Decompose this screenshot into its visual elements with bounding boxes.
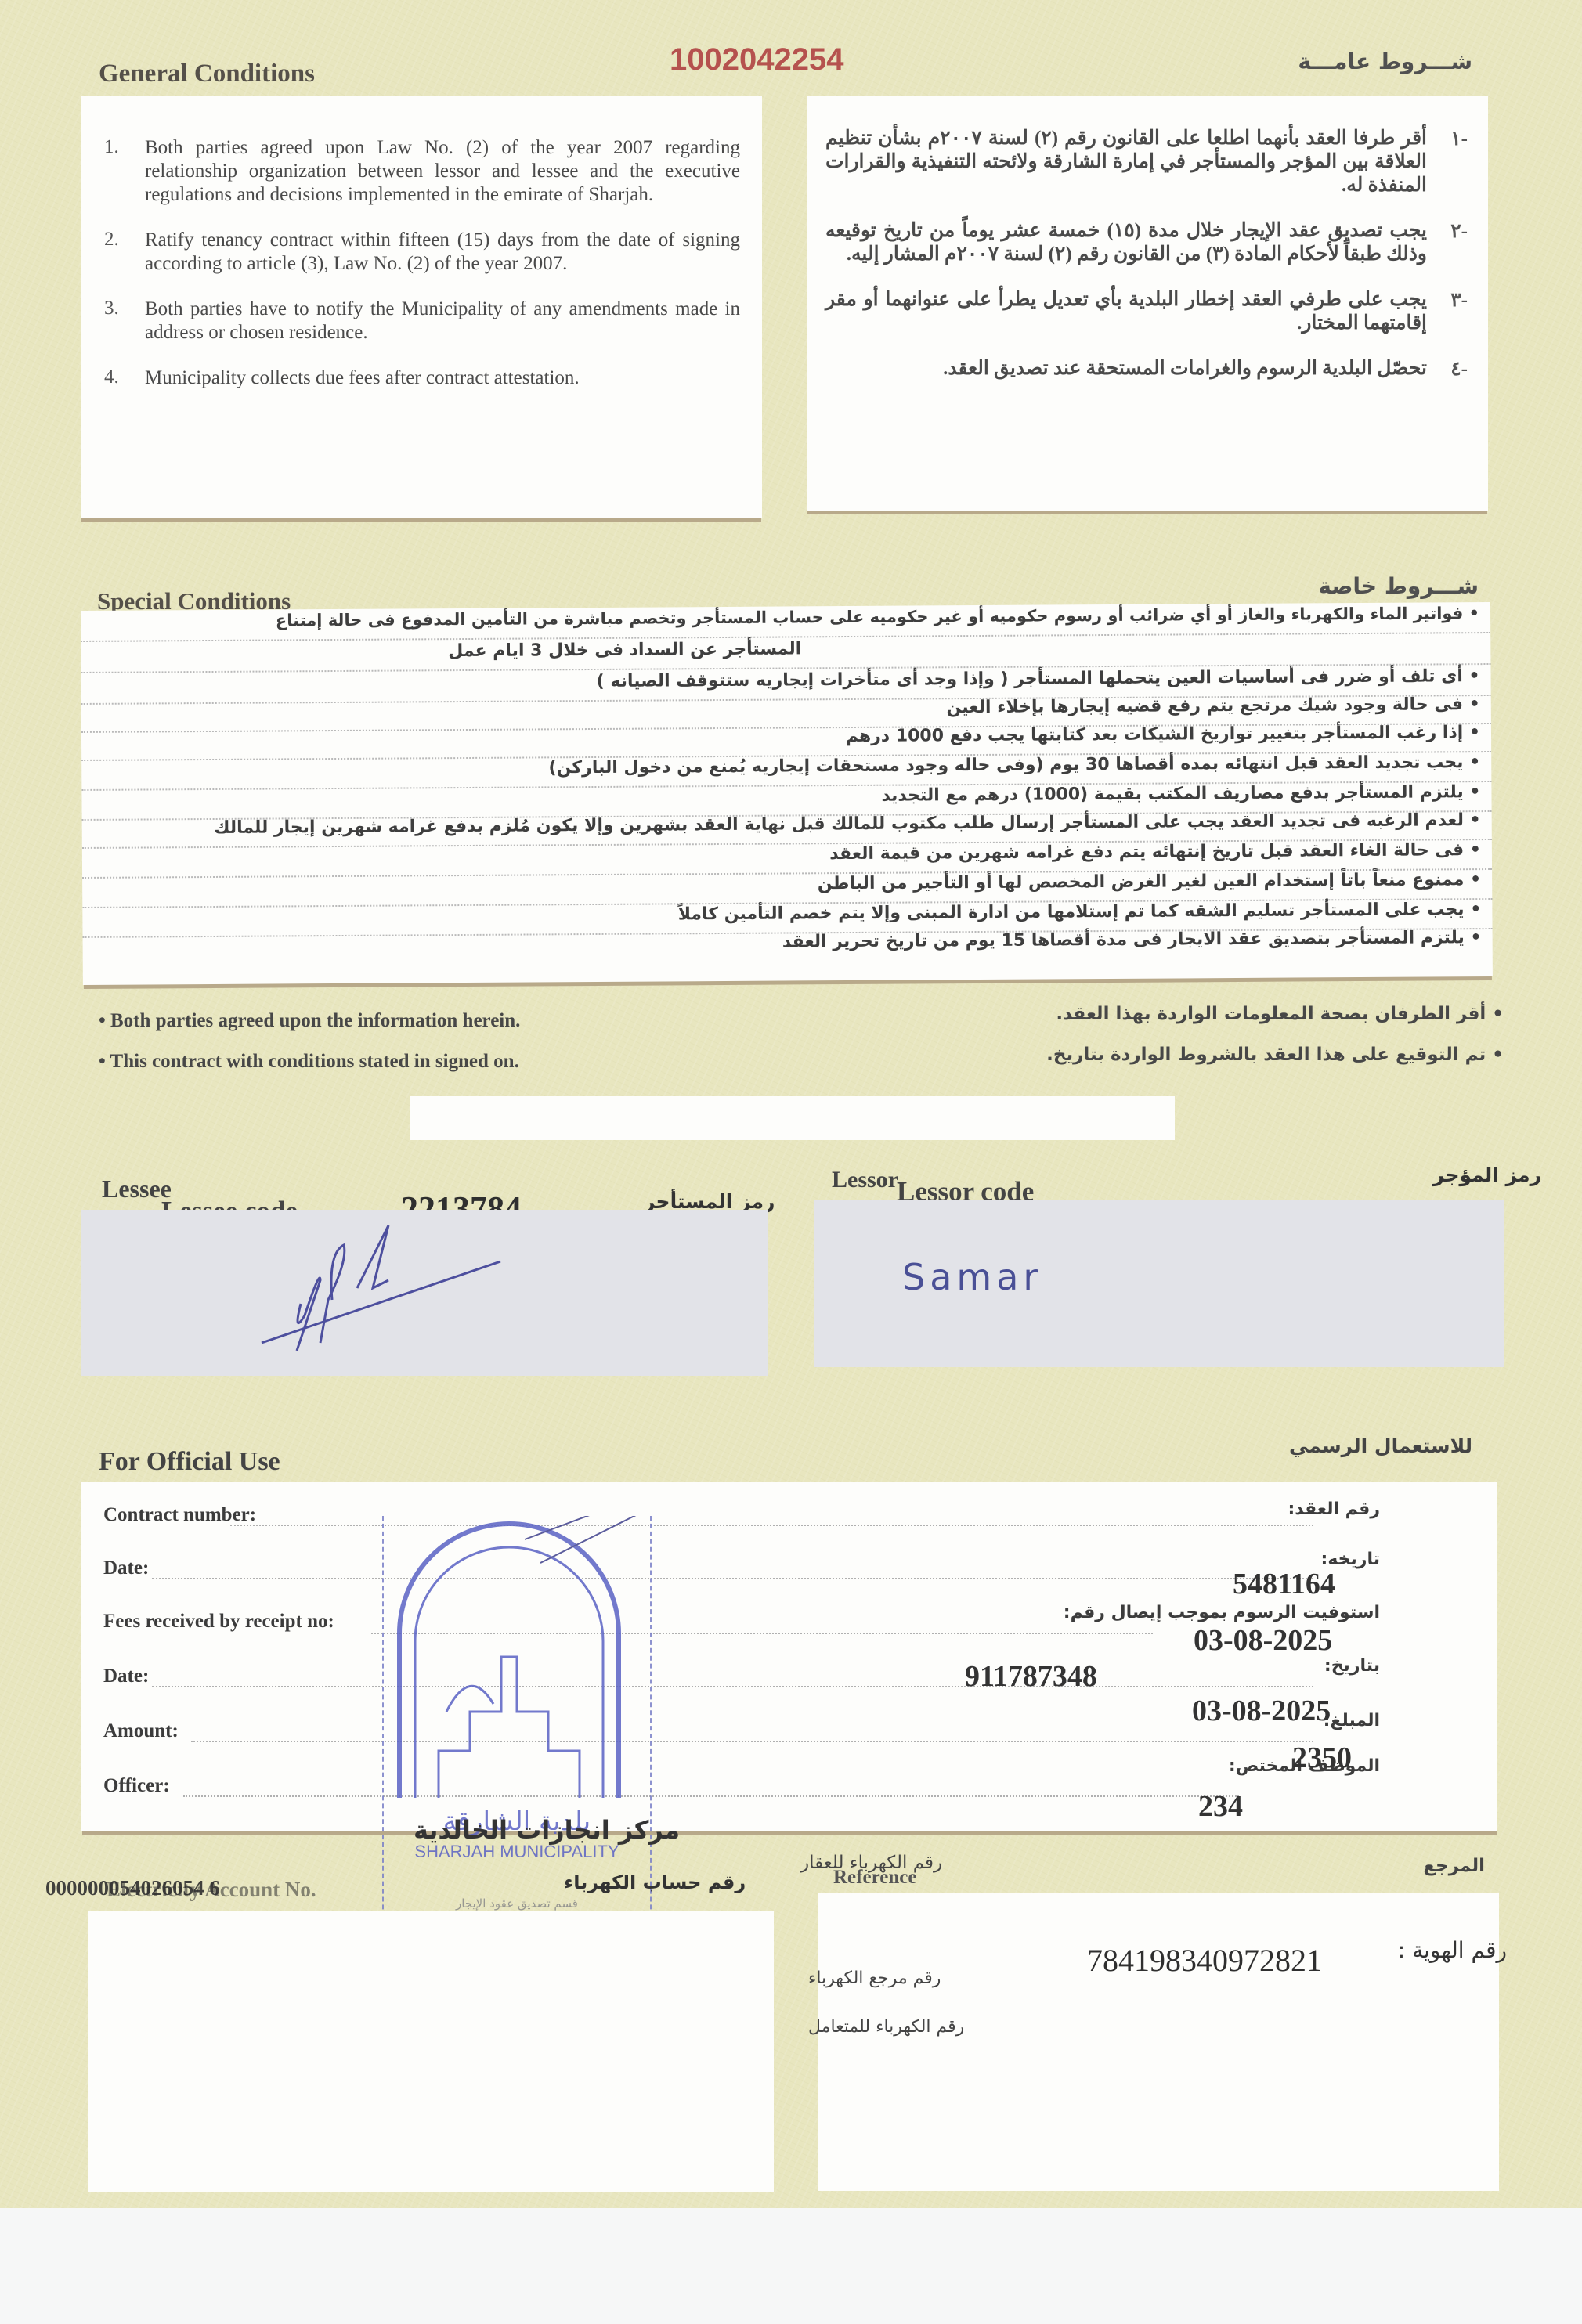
- item-text: Both parties have to notify the Municipa…: [145, 298, 740, 345]
- date-value: 5481164: [1233, 1567, 1335, 1601]
- electricity-account-label-ar: رقم حساب الكهرباء: [564, 1871, 746, 1893]
- item-text: يجب تصديق عقد الإيجار خلال مدة (١٥) خمسة…: [825, 219, 1427, 266]
- officer-label: Officer:: [103, 1775, 170, 1797]
- special-conditions-panel: • فواتير الماء والكهرباء والغاز أو أي ضر…: [81, 602, 1493, 985]
- signing-date-field[interactable]: [410, 1096, 1175, 1140]
- item-text: Both parties agreed upon Law No. (2) of …: [145, 136, 740, 207]
- receipt-date-label: Date:: [103, 1665, 149, 1687]
- receipt-date-value: 911787348: [965, 1659, 1097, 1694]
- lessor-code-label-ar: رمز المؤجر: [1433, 1164, 1541, 1186]
- general-condition-item-ar: ٢-يجب تصديق عقد الإيجار خلال مدة (١٥) خم…: [825, 219, 1468, 266]
- general-conditions-ar-list: ١-أقر طرفا العقد بأنهما اطلعا على القانو…: [807, 96, 1488, 381]
- official-use-panel: Contract number: رقم العقد: Date: تاريخه…: [81, 1482, 1497, 1831]
- officer-extra-value: 234: [1198, 1789, 1243, 1824]
- item-number: ٣-: [1427, 288, 1468, 335]
- general-condition-item: 3.Both parties have to notify the Munici…: [104, 298, 740, 345]
- agreement-line-ar: • تم التوقيع على هذا العقد بالشروط الوار…: [1046, 1045, 1504, 1065]
- contract-serial-number: 1002042254: [670, 42, 843, 78]
- special-conditions-title-ar: شـــروط خاصة: [1318, 573, 1479, 599]
- item-text: Municipality collects due fees after con…: [145, 366, 580, 390]
- general-condition-item-ar: ١-أقر طرفا العقد بأنهما اطلعا على القانو…: [825, 127, 1468, 197]
- item-number: 1.: [104, 136, 145, 207]
- general-conditions-ar-panel: ١-أقر طرفا العقد بأنهما اطلعا على القانو…: [807, 96, 1488, 511]
- lessor-handwritten-name: Samar: [902, 1256, 1042, 1298]
- general-condition-item: 2.Ratify tenancy contract within fifteen…: [104, 229, 740, 276]
- customer-electricity-label-ar: رقم الكهرباء للمتعامل: [808, 2017, 964, 2037]
- item-number: ١-: [1427, 127, 1468, 197]
- fees-receipt-label-ar: استوفيت الرسوم بموجب إيصال رقم:: [1064, 1603, 1380, 1622]
- amount-label: Amount:: [103, 1720, 179, 1742]
- electricity-account-label-en: Electricity Account No.: [107, 1878, 316, 1902]
- agreement-line-en: • Both parties agreed upon the informati…: [99, 1010, 520, 1032]
- general-conditions-title-en: General Conditions: [99, 60, 315, 88]
- lessee-signature-box[interactable]: [81, 1210, 768, 1376]
- amount-label-ar: المبلغ:: [1324, 1711, 1380, 1730]
- date-label: Date:: [103, 1557, 149, 1579]
- lessee-signature-icon: [81, 1210, 768, 1376]
- reference-label-en: Reference: [833, 1867, 916, 1889]
- item-text: أقر طرفا العقد بأنهما اطلعا على القانون …: [825, 127, 1427, 197]
- id-number-label-ar: رقم الهوية :: [1398, 1937, 1507, 1963]
- stamp-sub-ar: قسم تصديق عقود الإيجار: [384, 1896, 650, 1911]
- item-number: 4.: [104, 366, 145, 390]
- item-number: 3.: [104, 298, 145, 345]
- contract-number-label-ar: رقم العقد:: [1288, 1499, 1380, 1519]
- item-number: ٤-: [1427, 357, 1468, 381]
- lessor-signature-box[interactable]: Samar: [814, 1200, 1504, 1367]
- official-use-title-ar: للاستعمال الرسمي: [1289, 1434, 1472, 1457]
- fees-receipt-label: Fees received by receipt no:: [103, 1611, 334, 1633]
- officer-value: 2350: [1292, 1741, 1352, 1775]
- general-conditions-en-list: 1.Both parties agreed upon Law No. (2) o…: [81, 96, 762, 390]
- general-condition-item: 1.Both parties agreed upon Law No. (2) o…: [104, 136, 740, 207]
- reference-box[interactable]: رقم الهوية : 784198340972821 رقم مرجع ال…: [818, 1893, 1499, 2191]
- contract-number-label: Contract number:: [103, 1504, 256, 1526]
- stamp-center-ar: مركز انجازات الخالدية: [414, 1815, 680, 1845]
- paper-edge: [0, 2208, 1582, 2324]
- electricity-ref-label-ar: رقم مرجع الكهرباء: [808, 1969, 941, 1988]
- general-conditions-title-ar: شـــروط عامـــة: [1298, 49, 1472, 74]
- amount-value: 03-08-2025: [1192, 1694, 1331, 1728]
- item-text: تحصّل البلدية الرسوم والغرامات المستحقة …: [943, 357, 1427, 381]
- receipt-date-label-ar: بتاريخ:: [1324, 1656, 1380, 1676]
- agreement-line-en: • This contract with conditions stated i…: [99, 1051, 519, 1073]
- municipality-logo-icon: [384, 1516, 650, 1845]
- general-conditions-en-panel: 1.Both parties agreed upon Law No. (2) o…: [81, 96, 762, 518]
- item-text: Ratify tenancy contract within fifteen (…: [145, 229, 740, 276]
- agreement-line-ar: • أقر الطرفان بصحة المعلومات الواردة بهذ…: [1056, 1004, 1504, 1024]
- general-condition-item: 4.Municipality collects due fees after c…: [104, 366, 740, 390]
- item-number: 2.: [104, 229, 145, 276]
- item-text: يجب على طرفي العقد إخطار البلدية بأي تعد…: [825, 288, 1427, 335]
- official-use-title-en: For Official Use: [99, 1447, 280, 1477]
- general-condition-item-ar: ٤-تحصّل البلدية الرسوم والغرامات المستحق…: [825, 357, 1468, 381]
- reference-label-ar: المرجع: [1423, 1856, 1485, 1876]
- electricity-account-box[interactable]: [88, 1911, 774, 2192]
- id-number-value: 784198340972821: [1087, 1942, 1322, 1979]
- item-number: ٢-: [1427, 219, 1468, 266]
- general-condition-item-ar: ٣-يجب على طرفي العقد إخطار البلدية بأي ت…: [825, 288, 1468, 335]
- fees-receipt-value: 03-08-2025: [1194, 1623, 1332, 1658]
- lessor-label: Lessor: [832, 1167, 898, 1193]
